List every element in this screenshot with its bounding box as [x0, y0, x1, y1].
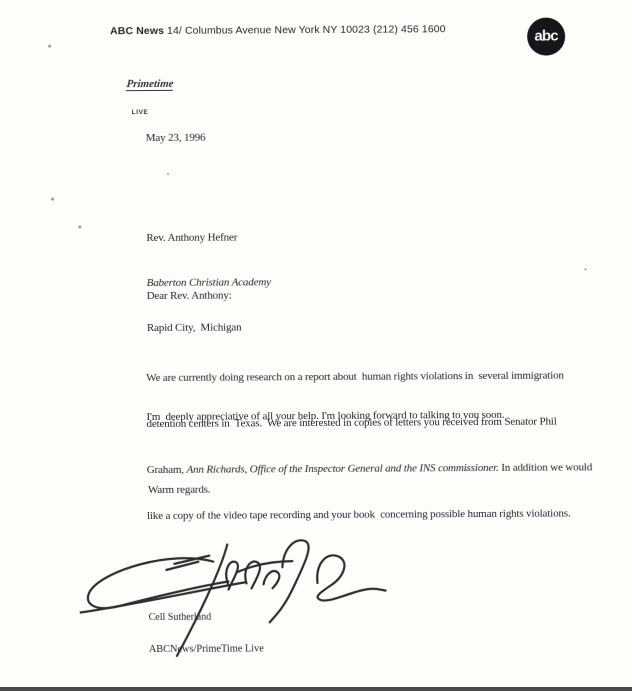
- scan-speck: [51, 198, 54, 201]
- abc-logo-text: abc: [534, 27, 558, 44]
- masthead: ABC News 14/ Columbus Avenue New York NY…: [110, 23, 446, 37]
- paragraph1-line4: like a copy of the video tape recording …: [147, 507, 592, 525]
- letter-date: May 23, 1996: [146, 132, 206, 144]
- paragraph1-line3-start: Graham,: [147, 464, 187, 476]
- closing: Warm regards.: [148, 484, 211, 496]
- paragraph1-line3-italic: Ann Richards, Office of the Inspector Ge…: [186, 462, 498, 476]
- scanned-letter-page: ABC News 14/ Columbus Avenue New York NY…: [0, 0, 632, 692]
- salutation: Dear Rev. Anthony:: [147, 290, 232, 303]
- recipient-name: Rev. Anthony Hefner: [146, 230, 270, 246]
- signer-name: Cell Sutherland: [149, 612, 264, 623]
- signature-block: Cell Sutherland ABCNews/PrimeTime Live: [149, 591, 264, 676]
- letter-scan-content: ABC News 14/ Columbus Avenue New York NY…: [0, 0, 632, 692]
- body-paragraph-1: We are currently doing research on a rep…: [146, 337, 593, 555]
- signer-organization: ABCNews/PrimeTime Live: [149, 644, 264, 655]
- primetime-logo-live-text: LIVE: [132, 109, 174, 116]
- paragraph1-line3-end: In addition we would: [499, 462, 592, 475]
- masthead-address: 14/ Columbus Avenue New York NY 10023 (2…: [164, 23, 446, 37]
- primetime-logo-text: Primetime: [126, 78, 174, 91]
- handwritten-signature-image: [76, 530, 477, 672]
- body-paragraph-2: I'm deeply appreciative of all your help…: [146, 409, 504, 423]
- scan-speck: [466, 469, 468, 471]
- masthead-brand: ABC News: [110, 25, 164, 37]
- paragraph1-line1: We are currently doing research on a rep…: [146, 368, 591, 386]
- scan-speck: [167, 173, 169, 175]
- scan-bottom-edge: [0, 687, 632, 691]
- scan-speck: [585, 268, 587, 270]
- recipient-city: Rapid City, Michigan: [147, 320, 271, 336]
- abc-network-logo-icon: abc: [527, 17, 565, 55]
- scan-speck: [48, 45, 51, 48]
- paragraph1-line3: Graham, Ann Richards, Office of the Insp…: [147, 461, 592, 479]
- scan-speck: [78, 225, 81, 228]
